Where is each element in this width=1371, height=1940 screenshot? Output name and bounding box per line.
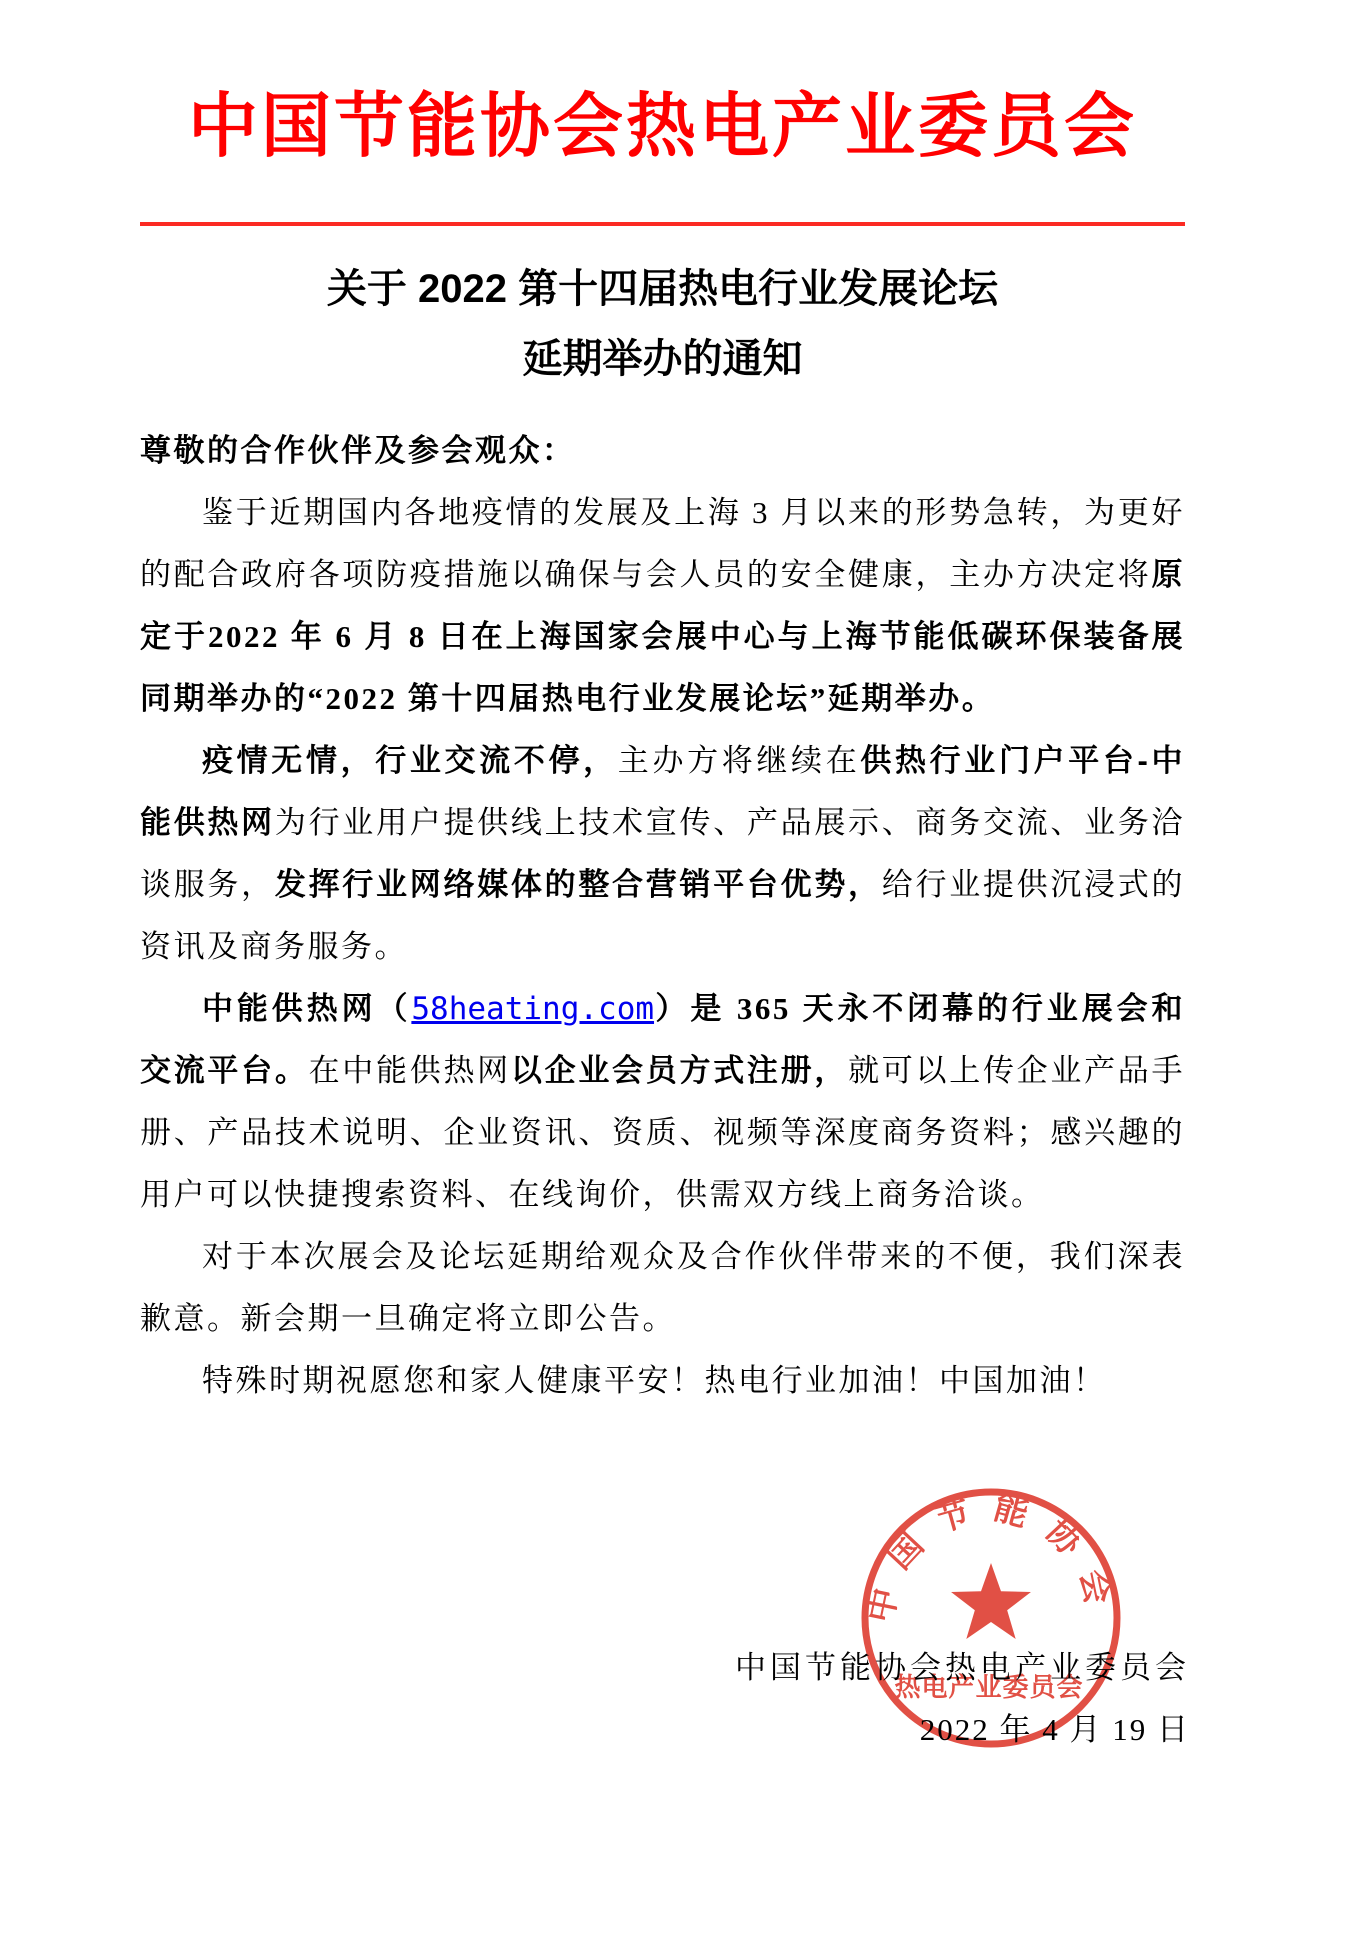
document-title-line1: 关于 2022 第十四届热电行业发展论坛 bbox=[140, 254, 1185, 324]
text-segment: 以企业会员方式注册， bbox=[511, 1053, 848, 1088]
header-divider bbox=[140, 222, 1185, 226]
text-segment: 对于本次展会及论坛延期给观众及合作伙伴带来的不便，我们深表歉意。新会期一旦确定将… bbox=[140, 1239, 1185, 1336]
document-content: 中国节能协会热电产业委员会 关于 2022 第十四届热电行业发展论坛 延期举办的… bbox=[140, 0, 1185, 1412]
org-title: 中国节能协会热电产业委员会 bbox=[140, 84, 1185, 172]
document-title: 关于 2022 第十四届热电行业发展论坛 延期举办的通知 bbox=[140, 254, 1185, 394]
text-segment: 尊敬的合作伙伴及参会观众： bbox=[140, 433, 576, 468]
paragraph: 特殊时期祝愿您和家人健康平安！热电行业加油！中国加油！ bbox=[140, 1350, 1185, 1412]
paragraph: 中能供热网（58heating.com）是 365 天永不闭幕的行业展会和交流平… bbox=[140, 978, 1185, 1226]
paragraph: 对于本次展会及论坛延期给观众及合作伙伴带来的不便，我们深表歉意。新会期一旦确定将… bbox=[140, 1226, 1185, 1350]
body-paragraphs: 尊敬的合作伙伴及参会观众：鉴于近期国内各地疫情的发展及上海 3 月以来的形势急转… bbox=[140, 420, 1185, 1412]
official-seal-stamp: 中国节能协会 热电产业委员会 bbox=[851, 1478, 1131, 1758]
text-segment: 在中能供热网 bbox=[309, 1053, 511, 1088]
notice-document: 中国节能协会热电产业委员会 关于 2022 第十四届热电行业发展论坛 延期举办的… bbox=[0, 0, 1371, 1940]
paragraph: 鉴于近期国内各地疫情的发展及上海 3 月以来的形势急转，为更好的配合政府各项防疫… bbox=[140, 482, 1185, 730]
document-title-line2: 延期举办的通知 bbox=[140, 324, 1185, 394]
text-segment: 主办方将继续在 bbox=[618, 743, 861, 778]
paragraph: 尊敬的合作伙伴及参会观众： bbox=[140, 420, 1185, 482]
text-segment: 中能供热网（ bbox=[202, 991, 411, 1026]
text-segment: 疫情无情，行业交流不停， bbox=[202, 743, 618, 778]
text-segment: 发挥行业网络媒体的整合营销平台优势， bbox=[275, 867, 882, 902]
website-link[interactable]: 58heating.com bbox=[411, 991, 654, 1027]
text-segment: 特殊时期祝愿您和家人健康平安！热电行业加油！中国加油！ bbox=[202, 1363, 1107, 1398]
paragraph: 疫情无情，行业交流不停，主办方将继续在供热行业门户平台-中能供热网为行业用户提供… bbox=[140, 730, 1185, 978]
text-segment: 鉴于近期国内各地疫情的发展及上海 3 月以来的形势急转，为更好的配合政府各项防疫… bbox=[140, 495, 1185, 592]
seal-center-text: 热电产业委员会 bbox=[894, 1672, 1083, 1702]
seal-star-icon bbox=[951, 1563, 1031, 1639]
